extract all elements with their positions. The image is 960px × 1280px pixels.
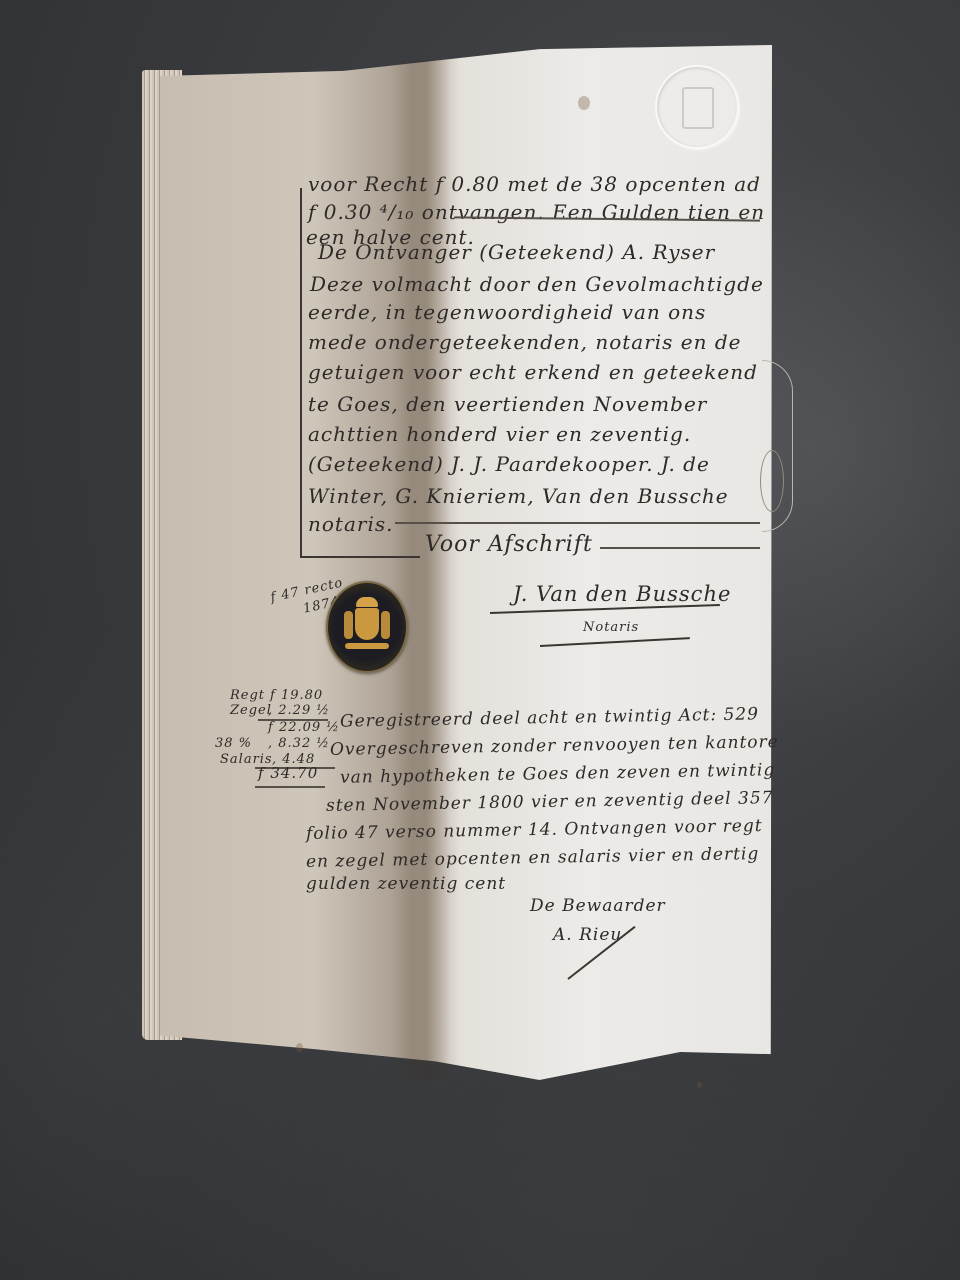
- embossed-seal-icon: [655, 65, 739, 149]
- text-line: achttien honderd vier en zeventig.: [308, 422, 691, 446]
- notary-signature: J. Van den Bussche: [513, 582, 731, 606]
- account-label: Regt: [230, 688, 265, 703]
- text-line: notaris.: [308, 512, 393, 536]
- lion-icon: [381, 611, 390, 639]
- ruled-line: [600, 547, 760, 549]
- ribbon-icon: [345, 643, 389, 649]
- stain: [578, 96, 590, 110]
- wax-seal-icon: [326, 581, 408, 673]
- certification-label: Voor Afschrift: [425, 532, 593, 557]
- account-total: f 34.70: [258, 764, 318, 782]
- account-label: Zegel: [230, 703, 272, 718]
- registration-line: gulden zeventig cent: [306, 874, 506, 894]
- stain: [697, 1082, 702, 1088]
- sum-rule: [255, 786, 325, 788]
- text-line: De Ontvanger (Geteekend) A. Ryser: [318, 240, 715, 264]
- text-frame-bottom-border: [300, 556, 420, 558]
- crown-icon: [356, 597, 378, 607]
- text-line: (Geteekend) J. J. Paardekooper. J. de: [308, 452, 710, 476]
- stain: [296, 1043, 303, 1052]
- binding-string-loop: [760, 450, 784, 512]
- account-value: f 22.09 ½: [268, 720, 340, 735]
- text-line: mede ondergeteekenden, notaris en de: [308, 330, 742, 354]
- lion-icon: [344, 611, 353, 639]
- text-line: te Goes, den veertienden November: [308, 392, 707, 416]
- text-line: Winter, G. Knieriem, Van den Bussche: [308, 484, 729, 508]
- ruled-line: [395, 522, 760, 524]
- text-line: Deze volmacht door den Gevolmachtigde: [310, 272, 764, 296]
- registrar-title: De Bewaarder: [530, 896, 666, 916]
- text-line: eerde, in tegenwoordigheid van ons: [308, 300, 706, 324]
- account-value: , 2.29 ½: [268, 703, 330, 718]
- account-value: f 19.80: [270, 688, 323, 703]
- account-value: , 8.32 ½: [268, 736, 330, 751]
- text-line: getuigen voor echt erkend en geteekend: [308, 360, 758, 384]
- notary-title: Notaris: [583, 620, 639, 635]
- text-frame-left-border: [300, 188, 302, 558]
- shield-icon: [355, 608, 379, 640]
- text-line: voor Recht f 0.80 met de 38 opcenten ad: [308, 172, 761, 196]
- crest-icon: [682, 87, 714, 129]
- account-label: 38 %: [215, 736, 252, 751]
